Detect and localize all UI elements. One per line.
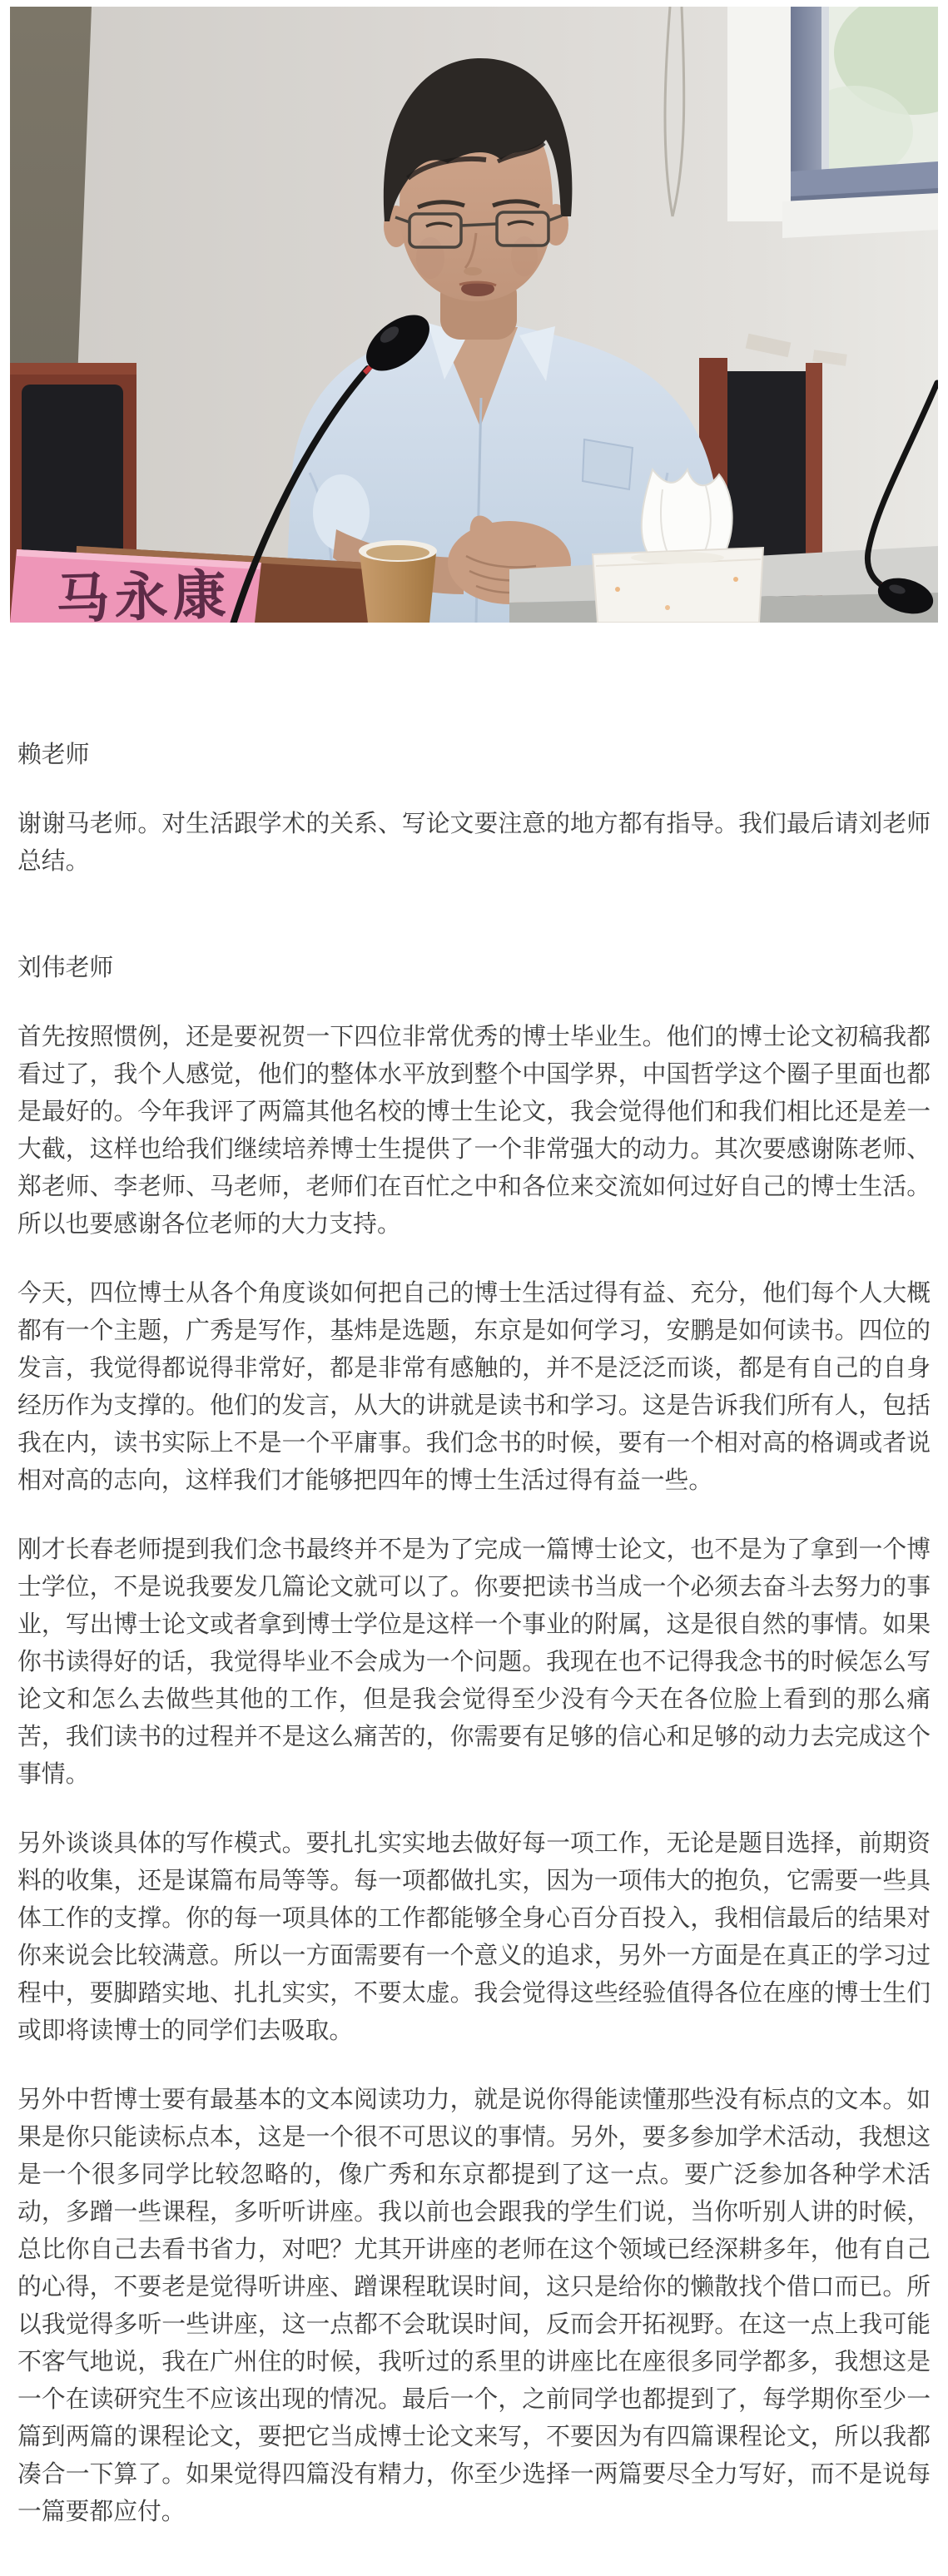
blank-line	[17, 881, 931, 918]
speech-section-lai: 赖老师 谢谢马老师。对生活跟学术的关系、写论文要注意的地方都有指导。我们最后请刘…	[17, 737, 931, 881]
speech-paragraph: 刚才长春老师提到我们念书最终并不是为了完成一篇博士论文，也不是为了拿到一个博士学…	[17, 1531, 931, 1794]
speaker-name-lai: 赖老师	[17, 737, 931, 774]
speech-paragraph: 另外中哲博士要有最基本的文本阅读功力，就是说你得能读懂那些没有标点的文本。如果是…	[17, 2082, 931, 2531]
paper-cup	[359, 540, 437, 623]
window	[727, 7, 938, 238]
speech-paragraph: 今天，四位博士从各个角度谈如何把自己的博士生活过得有益、充分，他们每个人大概都有…	[17, 1275, 931, 1500]
speech-section-liu: 刘伟老师 首先按照惯例，还是要祝贺一下四位非常优秀的博士毕业生。他们的博士论文初…	[17, 950, 931, 2531]
speech-paragraph: 谢谢马老师。对生活跟学术的关系、写论文要注意的地方都有指导。我们最后请刘老师总结…	[17, 806, 931, 881]
meeting-photo[interactable]: 马永康	[10, 7, 938, 623]
speaker-name-liu: 刘伟老师	[17, 950, 931, 987]
article-body: 赖老师 谢谢马老师。对生活跟学术的关系、写论文要注意的地方都有指导。我们最后请刘…	[0, 668, 948, 2531]
speech-paragraph: 另外谈谈具体的写作模式。要扎扎实实地去做好每一项工作，无论是题目选择，前期资料的…	[17, 1825, 931, 2050]
name-card-text: 马永康	[55, 565, 231, 623]
speech-paragraph: 首先按照惯例，还是要祝贺一下四位非常优秀的博士毕业生。他们的博士论文初稿我都看过…	[17, 1019, 931, 1243]
article-page: 马永康 赖老师 谢谢马老师。对生活跟学术的关系、写论文要注意的地方都有指导。	[0, 7, 948, 2576]
blank-line	[17, 668, 931, 705]
